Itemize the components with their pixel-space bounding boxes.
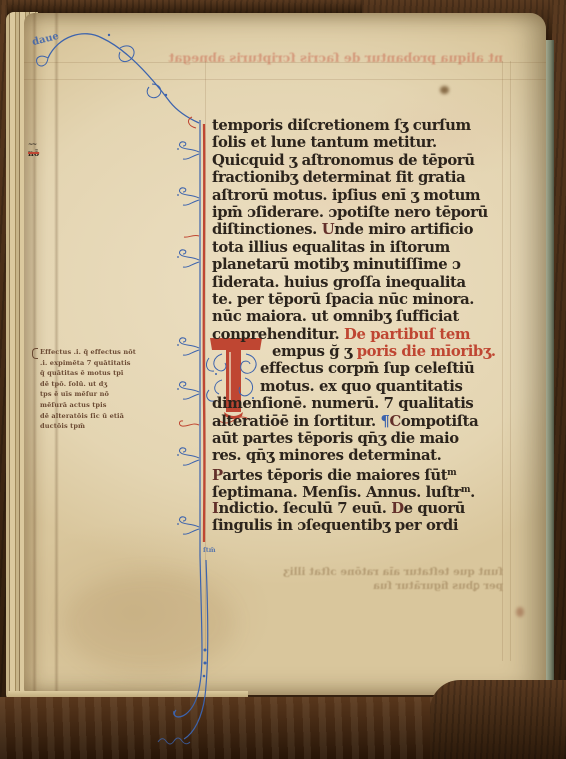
text-line: ſiderata. huius groſſa inequalita: [212, 274, 512, 291]
text-segment: ipm̄ ɔſiderare. ɔpotiſte nero tēporū: [212, 204, 488, 221]
text-segment: motus. ex quo quantitatis: [260, 378, 462, 395]
text-line: fractionibʒ determinat fit gratia: [212, 169, 512, 186]
gloss-line: ductōis tpm̄: [40, 421, 150, 432]
nota-text: nō: [28, 149, 39, 157]
text-segment: empus ğ ʒ: [272, 343, 357, 360]
gloss-line: .i. expimēta 7 quātitatis: [40, 358, 150, 369]
text-line: ſolis et lune tantum metitur.: [212, 134, 512, 151]
text-segment: m: [447, 468, 456, 478]
showthrough-rubric: nt aliqua probantur de ſacris ſcripturis…: [128, 50, 503, 68]
showthrough-line: per ꝗbus figurātur ſua: [278, 579, 503, 593]
text-line: aſtrorū motus. ipſius enī ʒ motum: [212, 187, 512, 204]
text-segment: Quicquid ʒ aſtronomus de tēporū: [212, 152, 475, 169]
text-line: Indictio. ſeculū 7 euū. De quorū: [212, 500, 512, 517]
text-segment: planetarū motibʒ minutiſſime ɔ: [212, 256, 461, 273]
text-segment: ompotiſta: [401, 413, 478, 430]
text-segment: alteratiōē in ſortitur.: [212, 413, 380, 430]
manuscript-photo: nt aliqua probantur de ſacris ſcripturis…: [0, 0, 566, 759]
text-line: alteratiōē in ſortitur. ¶Compotiſta: [212, 413, 512, 430]
text-line: planetarū motibʒ minutiſſime ɔ: [212, 256, 512, 273]
text-line: conprehenditur. De partibuſ tem: [212, 326, 512, 343]
text-segment: C: [390, 413, 401, 430]
text-segment: fractionibʒ determinat fit gratia: [212, 169, 465, 186]
text-segment: .: [470, 484, 475, 501]
text-line: Partes tēporis die maiores ſūtm: [212, 465, 512, 482]
text-line: temporis diſcretionem ſʒ curſum: [212, 117, 512, 134]
text-line: ſeptimana. Menſis. Annus. luſtrm.: [212, 482, 512, 499]
gloss-line: q̄ quātitas ē motus tpī: [40, 368, 150, 379]
text-line: empus ğ ʒ poris die mīoribʒ.: [212, 343, 512, 360]
gloss-line: tps ē uīs mēſur nō: [40, 389, 150, 400]
water-stain: [64, 573, 234, 673]
text-segment: U: [322, 221, 335, 238]
gloss-bracket-icon: [32, 348, 38, 359]
text-segment: diſtinctiones.: [212, 221, 322, 238]
ink-stain: [440, 86, 449, 94]
text-line: aūt partes tēporis qn̄ʒ die maio: [212, 430, 512, 447]
gloss-line: mēſurā actus tpis: [40, 400, 150, 411]
text-segment: nūc maiora. ut omnibʒ ſufficiat: [212, 308, 459, 325]
text-line: res. qn̄ʒ minores determinat.: [212, 447, 512, 464]
text-segment: poris die mīoribʒ.: [357, 343, 496, 360]
text-line: diſtinctiones. Unde miro artificio: [212, 221, 512, 238]
text-line: motus. ex quo quantitatis: [212, 378, 512, 395]
text-segment: conprehenditur.: [212, 326, 344, 343]
catch-mark: ſtm̄: [203, 546, 216, 554]
text-segment: ndictio. ſeculū 7 euū.: [219, 500, 392, 517]
text-segment: ſingulis in ɔſequentibʒ per ordi: [212, 517, 458, 534]
text-line: effectus corpm̄ ſup celeſtiū: [212, 360, 512, 377]
nota-mark: ~~ nō: [28, 141, 39, 157]
text-segment: ¶: [380, 413, 389, 430]
text-line: te. per tēporū ſpacia nūc minora.: [212, 291, 512, 308]
gloss-line: dē alteratōis ſic ū etiā: [40, 411, 150, 422]
showthrough-text-bottom: ſunt que teſtatur aīa ratōne ɔſtat illiʒ…: [278, 565, 503, 593]
text-segment: ſiderata. huius groſſa inequalita: [212, 274, 466, 291]
gloss-line: dē tpō. ſolū. ut dʒ: [40, 379, 150, 390]
text-segment: effectus corpm̄ ſup celeſtiū: [260, 360, 474, 377]
stain: [516, 607, 524, 617]
text-line: ſingulis in ɔſequentibʒ per ordi: [212, 517, 512, 534]
text-segment: e quorū: [404, 500, 465, 517]
marginal-gloss: Effectus .i. q̄ effectus nōt.i. expimēta…: [40, 347, 150, 432]
text-segment: aſtrorū motus. ipſius enī ʒ motum: [212, 187, 480, 204]
binding-leather-right: [552, 0, 566, 759]
text-segment: te. per tēporū ſpacia nūc minora.: [212, 291, 474, 308]
text-line: dimenſionē. numerū. 7 qualitatis: [212, 395, 512, 412]
gloss-line: Effectus .i. q̄ effectus nōt: [40, 347, 150, 358]
text-segment: m: [461, 485, 470, 495]
text-line: tota illius equalitas in iſtorum: [212, 239, 512, 256]
text-segment: temporis diſcretionem ſʒ curſum: [212, 117, 471, 134]
text-line: ipm̄ ɔſiderare. ɔpotiſte nero tēporū: [212, 204, 512, 221]
text-segment: res. qn̄ʒ minores determinat.: [212, 447, 441, 464]
binding-leather-bottom-right: [430, 680, 566, 759]
text-segment: aūt partes tēporis qn̄ʒ die maio: [212, 430, 459, 447]
main-text-block: temporis diſcretionem ſʒ curſumſolis et …: [212, 117, 512, 534]
text-segment: tota illius equalitas in iſtorum: [212, 239, 450, 256]
text-line: Quicquid ʒ aſtronomus de tēporū: [212, 152, 512, 169]
text-segment: ſolis et lune tantum metitur.: [212, 134, 437, 151]
text-line: nūc maiora. ut omnibʒ ſufficiat: [212, 308, 512, 325]
ruling-line: [24, 79, 546, 80]
text-segment: nde miro artificio: [334, 221, 473, 238]
text-segment: dimenſionē. numerū. 7 qualitatis: [212, 395, 473, 412]
showthrough-line: ſunt que teſtatur aīa ratōne ɔſtat illiʒ: [278, 565, 503, 579]
text-segment: D: [391, 500, 403, 517]
text-segment: De partibuſ tem: [344, 326, 470, 343]
